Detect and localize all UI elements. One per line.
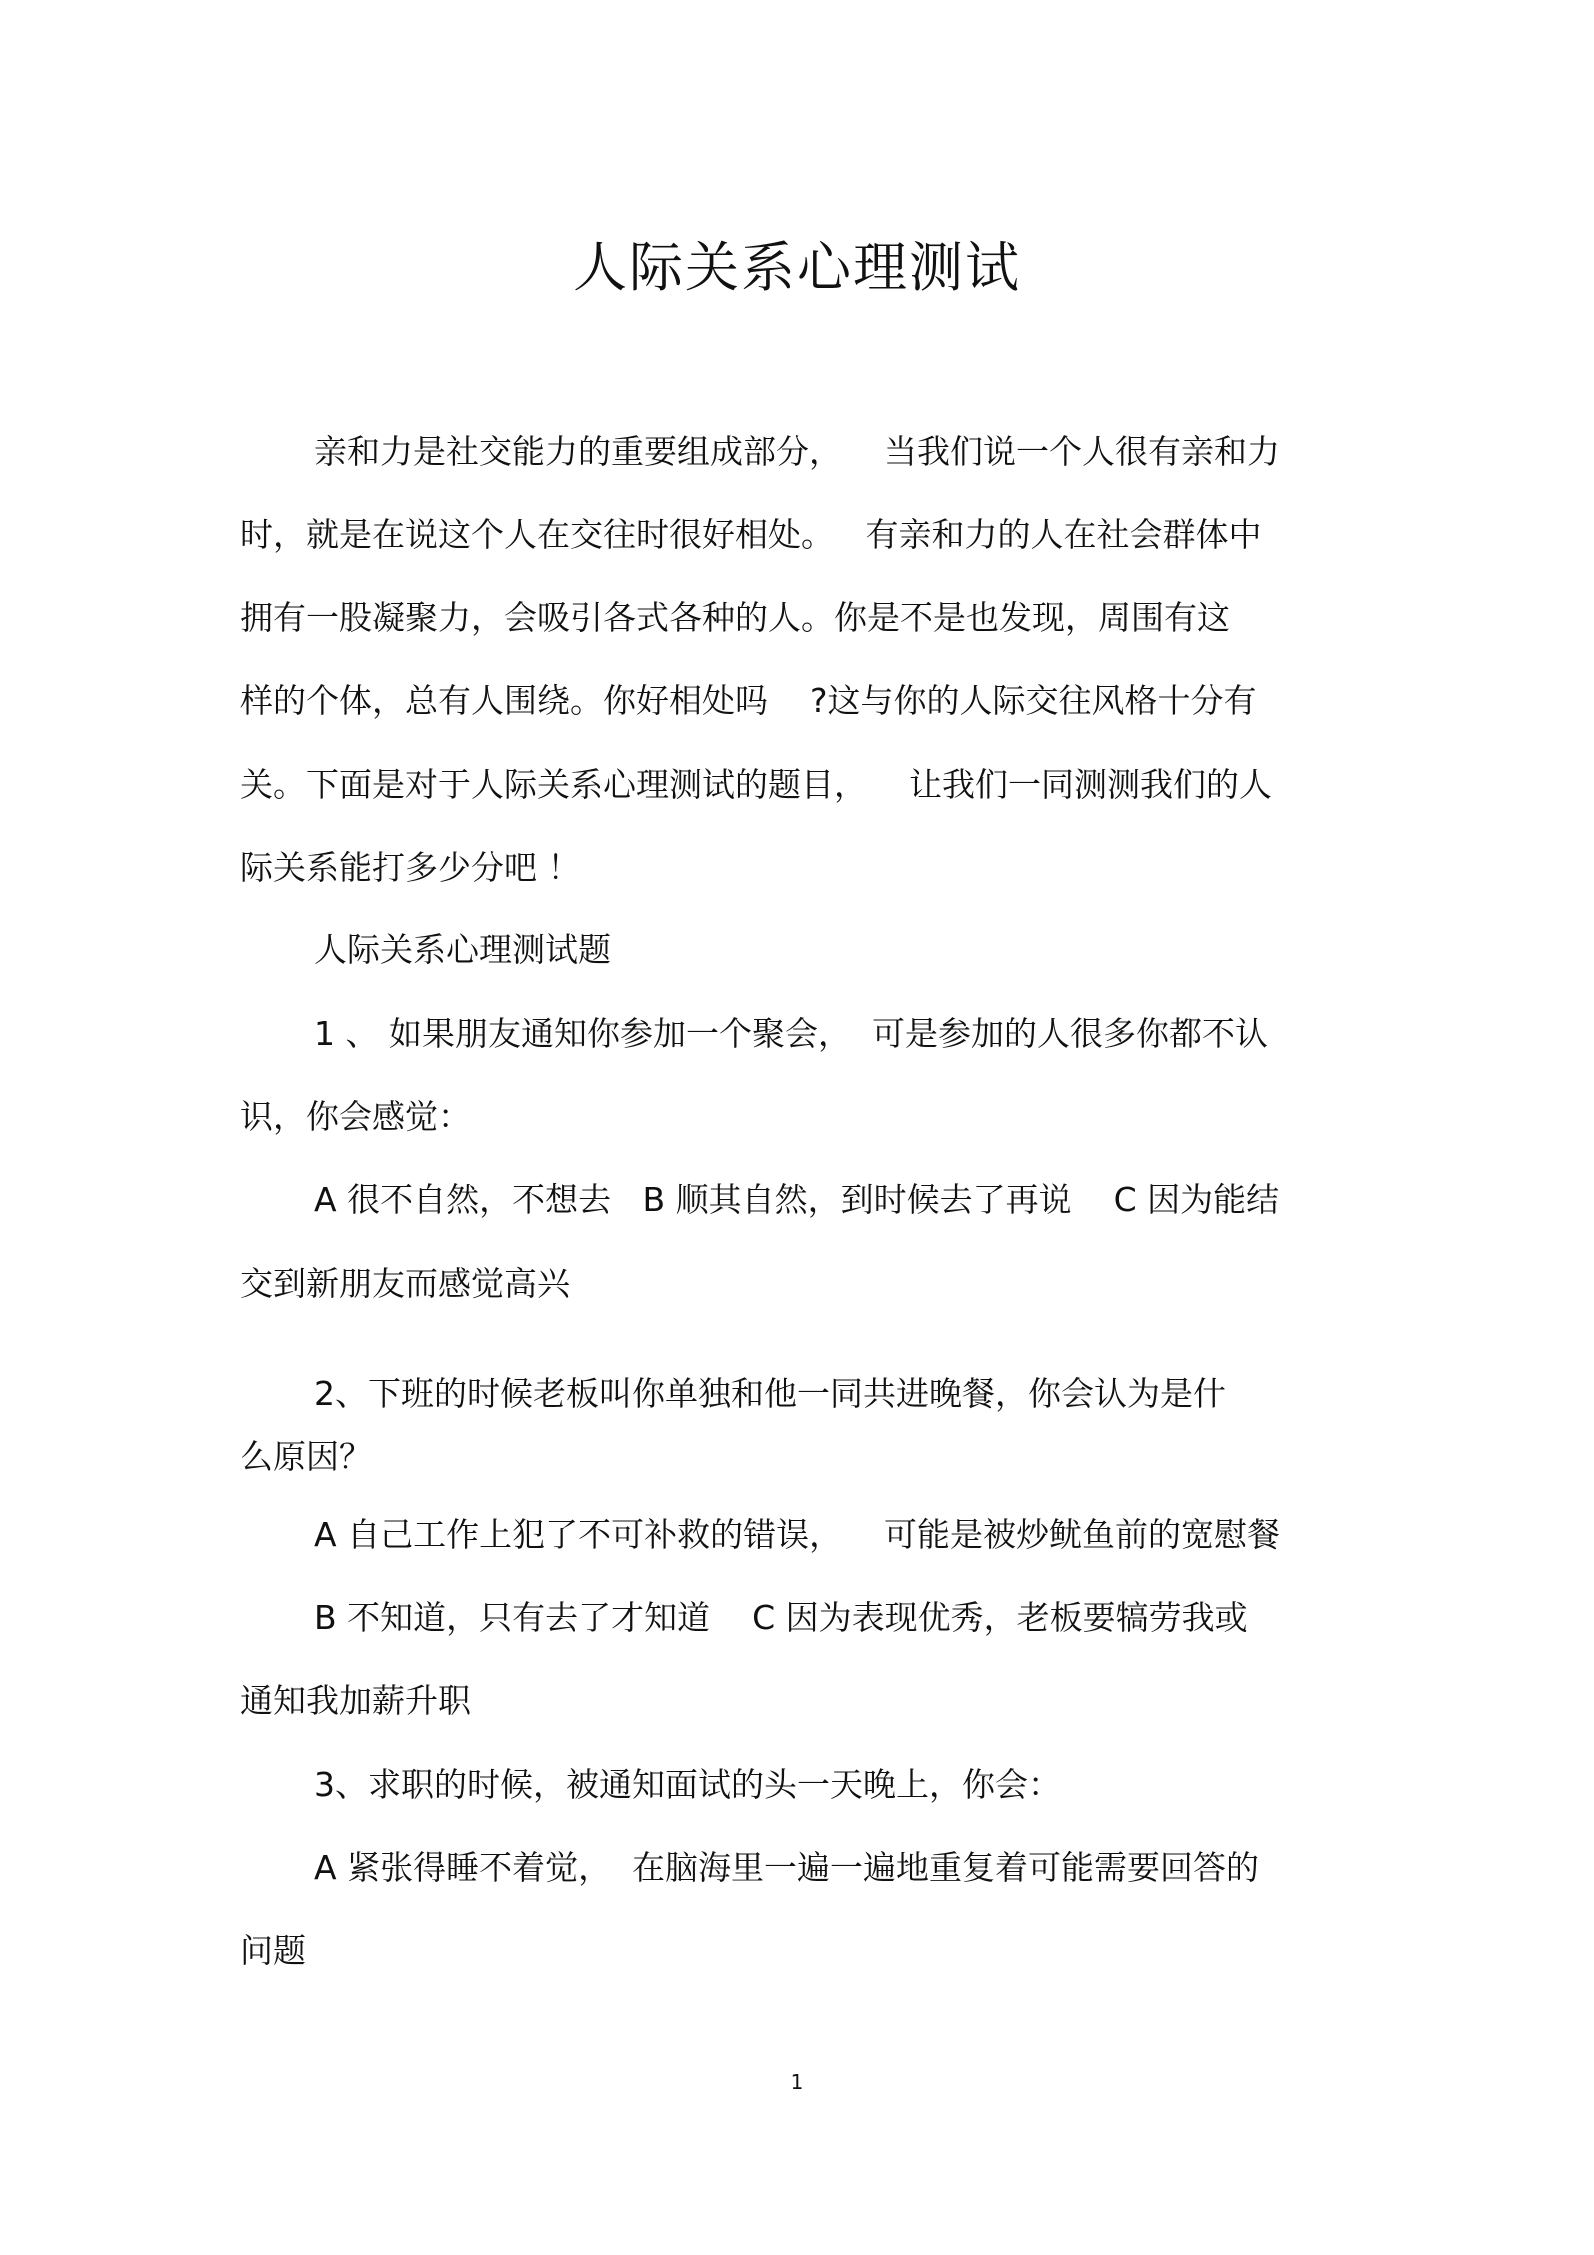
paragraph-line: 识，你会感觉：: [240, 1097, 471, 1137]
paragraph-line: A 紧张得睡不着觉， 在脑海里一遍一遍地重复着可能需要回答的: [314, 1848, 1259, 1888]
paragraph-line: 3、求职的时候，被通知面试的头一天晚上，你会：: [314, 1765, 1061, 1805]
paragraph-line: 时，就是在说这个人在交往时很好相处。 有亲和力的人在社会群体中: [240, 515, 1261, 555]
page-number: 1: [0, 2070, 1594, 2094]
paragraph-line: 亲和力是社交能力的重要组成部分， 当我们说一个人很有亲和力: [314, 432, 1280, 472]
paragraph-line: 交到新朋友而感觉高兴: [240, 1264, 570, 1304]
paragraph-line: 问题: [240, 1931, 306, 1971]
paragraph-line: A 自己工作上犯了不可补救的错误， 可能是被炒鱿鱼前的宽慰餐: [314, 1515, 1280, 1555]
document-page: 人际关系心理测试 亲和力是社交能力的重要组成部分， 当我们说一个人很有亲和力时，…: [0, 0, 1594, 2255]
paragraph-line: 拥有一股凝聚力，会吸引各式各种的人。你是不是也发现，周围有这: [240, 598, 1230, 638]
paragraph-line: 关。下面是对于人际关系心理测试的题目， 让我们一同测测我们的人: [240, 765, 1272, 805]
document-title: 人际关系心理测试: [0, 236, 1594, 300]
paragraph-line: A 很不自然，不想去 B 顺其自然，到时候去了再说 C 因为能结: [314, 1180, 1279, 1220]
paragraph-line: 人际关系心理测试题: [314, 930, 611, 970]
paragraph-line: 么原因？: [240, 1437, 372, 1477]
paragraph-line: 际关系能打多少分吧 ！: [240, 848, 581, 888]
paragraph-line: 通知我加薪升职: [240, 1681, 471, 1721]
paragraph-line: 1 、 如果朋友通知你参加一个聚会， 可是参加的人很多你都不认: [314, 1014, 1268, 1054]
paragraph-line: B 不知道，只有去了才知道 C 因为表现优秀，老板要犒劳我或: [314, 1598, 1248, 1638]
paragraph-line: 样的个体，总有人围绕。你好相处吗 ?这与你的人际交往风格十分有: [240, 681, 1256, 721]
paragraph-line: 2、下班的时候老板叫你单独和他一同共进晚餐，你会认为是什: [314, 1374, 1226, 1414]
